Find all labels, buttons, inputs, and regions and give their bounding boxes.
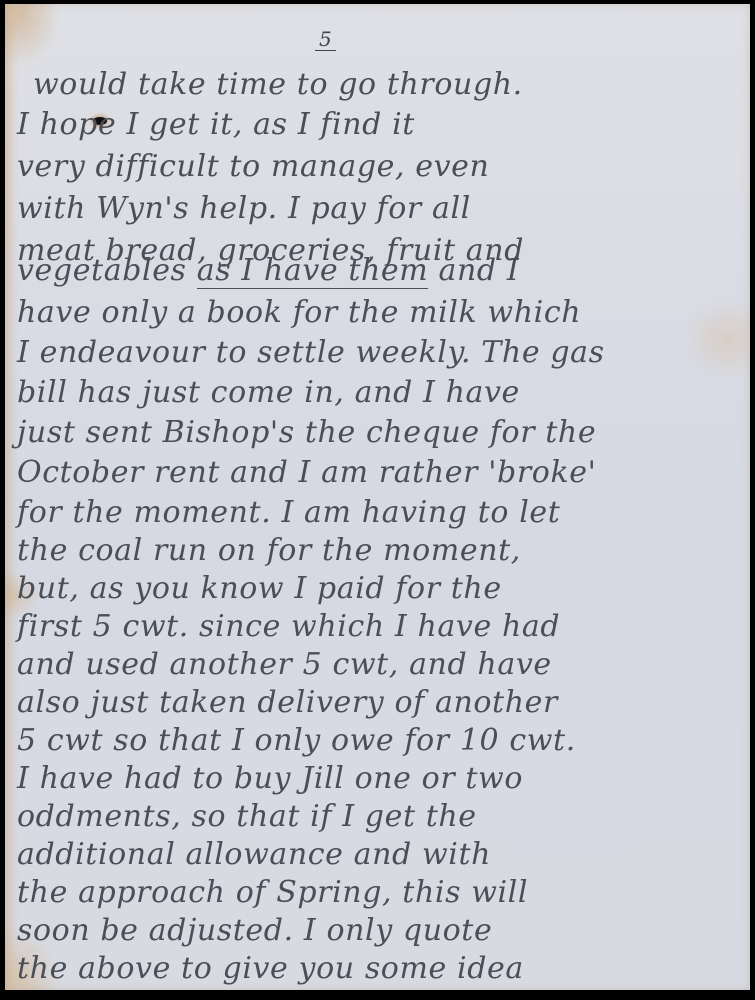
page-number: 5 [315, 28, 336, 51]
text-line-20: oddments, so that if I get the [17, 800, 477, 834]
text-line-7: have only a book for the milk which [17, 296, 581, 330]
text-line-21: additional allowance and with [17, 838, 491, 872]
text-line-17: also just taken delivery of another [17, 686, 558, 720]
text-line-15: first 5 cwt. since which I have had [17, 610, 560, 644]
text-line-16: and used another 5 cwt, and have [17, 648, 552, 682]
text-line-3: very difficult to manage, even [17, 150, 489, 184]
text-line-18: 5 cwt so that I only owe for 10 cwt. [17, 724, 576, 758]
underlined-phrase: as I have them [197, 253, 429, 289]
letter-page: 5 would take time to go through. I hope … [5, 4, 750, 990]
text-line-12: for the moment. I am having to let [17, 496, 560, 530]
text-line-6: vegetables as I have them and I [17, 254, 519, 288]
text-line-4: with Wyn's help. I pay for all [17, 192, 471, 226]
text-line-2: I hope I get it, as I find it [17, 108, 415, 142]
text-line-13: the coal run on for the moment, [17, 534, 521, 568]
text-line-6-end: and I [438, 253, 519, 288]
text-line-9: bill has just come in, and I have [17, 376, 520, 410]
text-line-14: but, as you know I paid for the [17, 572, 502, 606]
text-line-19: I have had to buy Jill one or two [17, 762, 523, 796]
text-line-23: soon be adjusted. I only quote [17, 914, 492, 948]
text-line-11: October rent and I am rather 'broke' [17, 456, 596, 490]
text-line-8: I endeavour to settle weekly. The gas [17, 336, 605, 370]
text-line-1: would take time to go through. [33, 68, 523, 102]
text-line-22: the approach of Spring, this will [17, 876, 528, 910]
text-line-6-start: vegetables [17, 253, 187, 288]
text-line-24: the above to give you some idea [17, 952, 524, 986]
text-line-10: just sent Bishop's the cheque for the [17, 416, 596, 450]
